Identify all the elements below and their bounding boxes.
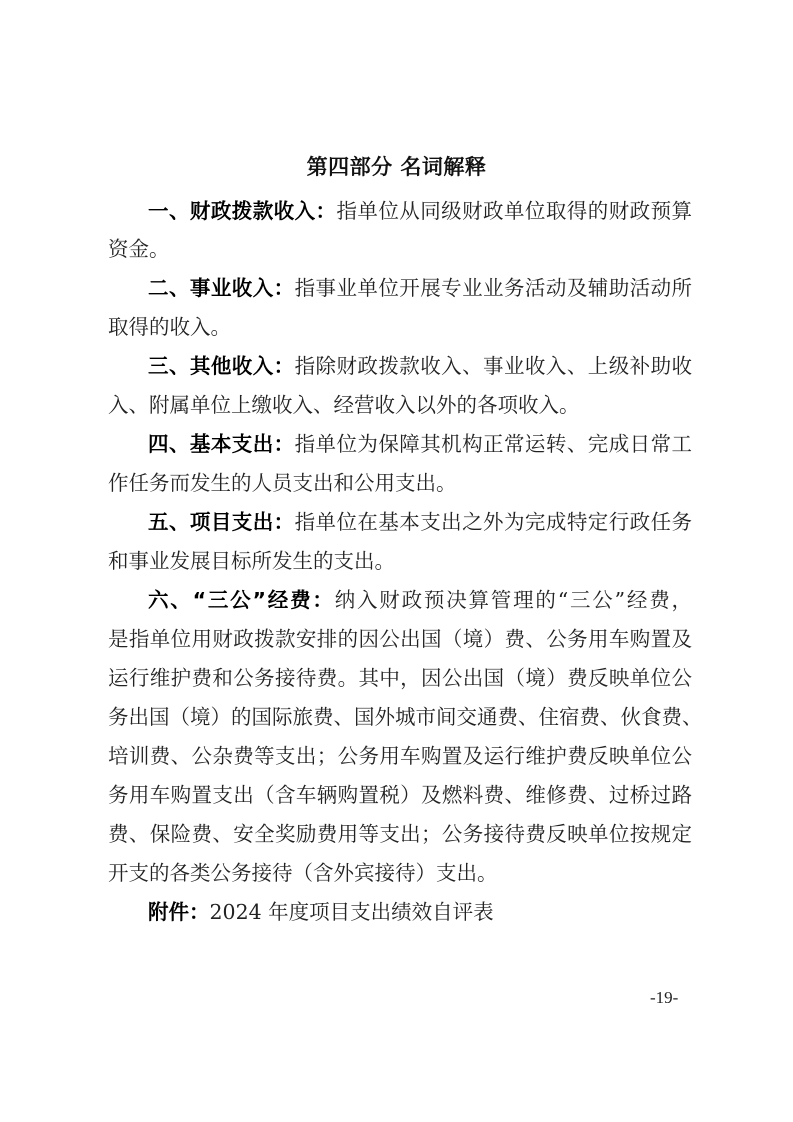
definition-term: 二、事业收入： [148,276,295,300]
definition-line: 六、“三公”经费：纳入财政预决算管理的“三公”经费， [148,585,692,615]
definition-line: 二、事业收入：指事业单位开展专业业务活动及辅助活动所 [148,273,692,303]
attachment-line: 附件：2024 年度项目支出绩效自评表 [148,897,692,927]
definition-text: 入、附属单位上缴收入、经营收入以外的各项收入。 [108,393,580,417]
definition-text: 纳入财政预决算管理的“三公”经费， [335,588,692,612]
document-page: 第四部分 名词解释 一、财政拨款收入：指单位从同级财政单位取得的财政预算 资金。… [0,0,793,1122]
definition-term: 三、其他收入： [148,354,295,378]
definition-text: 务出国（境）的国际旅费、国外城市间交通费、住宿费、伙食费、 [108,705,703,729]
definition-text: 指单位为保障其机构正常运转、完成日常工 [295,432,692,456]
definition-text: 费、保险费、安全奖励费用等支出；公务接待费反映单位按规定 [108,822,692,846]
definition-text: 运行维护费和公务接待费。其中，因公出国（境）费反映单位公 [108,666,692,690]
definition-text: 培训费、公杂费等支出；公务用车购置及运行维护费反映单位公 [108,744,692,768]
definition-line: 培训费、公杂费等支出；公务用车购置及运行维护费反映单位公 [108,741,692,771]
definition-term: 四、基本支出： [148,432,295,456]
definition-text: 开支的各类公务接待（含外宾接待）支出。 [108,861,498,885]
definition-text: 是指单位用财政拨款安排的因公出国（境）费、公务用车购置及 [108,627,692,651]
definition-text: 指单位在基本支出之外为完成特定行政任务 [295,510,692,534]
attachment-label: 附件： [148,900,210,924]
definition-line: 务用车购置支出（含车辆购置税）及燃料费、维修费、过桥过路 [108,780,692,810]
page-number: -19- [650,988,678,1008]
definition-text: 指事业单位开展专业业务活动及辅助活动所 [295,276,692,300]
definition-line: 取得的收入。 [108,312,692,342]
definition-text: 资金。 [108,237,170,261]
page-title: 第四部分 名词解释 [0,151,793,181]
definition-line: 务出国（境）的国际旅费、国外城市间交通费、住宿费、伙食费、 [108,702,692,732]
definition-line: 开支的各类公务接待（含外宾接待）支出。 [108,858,692,888]
definition-line: 五、项目支出：指单位在基本支出之外为完成特定行政任务 [148,507,692,537]
definition-line: 入、附属单位上缴收入、经营收入以外的各项收入。 [108,390,692,420]
definition-line: 和事业发展目标所发生的支出。 [108,546,692,576]
definition-line: 作任务而发生的人员支出和公用支出。 [108,468,692,498]
definition-line: 费、保险费、安全奖励费用等支出；公务接待费反映单位按规定 [108,819,692,849]
attachment-link: 2024 年度项目支出绩效自评表 [210,900,494,924]
definition-term: 一、财政拨款收入： [148,199,336,223]
definition-line: 一、财政拨款收入：指单位从同级财政单位取得的财政预算 [148,196,692,226]
definition-text: 取得的收入。 [108,315,231,339]
definition-line: 四、基本支出：指单位为保障其机构正常运转、完成日常工 [148,429,692,459]
definition-line: 运行维护费和公务接待费。其中，因公出国（境）费反映单位公 [108,663,692,693]
definition-text: 和事业发展目标所发生的支出。 [108,549,395,573]
definition-line: 资金。 [108,234,692,264]
definition-line: 三、其他收入：指除财政拨款收入、事业收入、上级补助收 [148,351,692,381]
definition-line: 是指单位用财政拨款安排的因公出国（境）费、公务用车购置及 [108,624,692,654]
definition-text: 指单位从同级财政单位取得的财政预算 [336,199,692,223]
definition-term: 五、项目支出： [148,510,295,534]
definition-term: 六、“三公”经费： [148,588,335,612]
definition-text: 指除财政拨款收入、事业收入、上级补助收 [295,354,692,378]
definition-text: 务用车购置支出（含车辆购置税）及燃料费、维修费、过桥过路 [108,783,692,807]
definition-text: 作任务而发生的人员支出和公用支出。 [108,471,457,495]
